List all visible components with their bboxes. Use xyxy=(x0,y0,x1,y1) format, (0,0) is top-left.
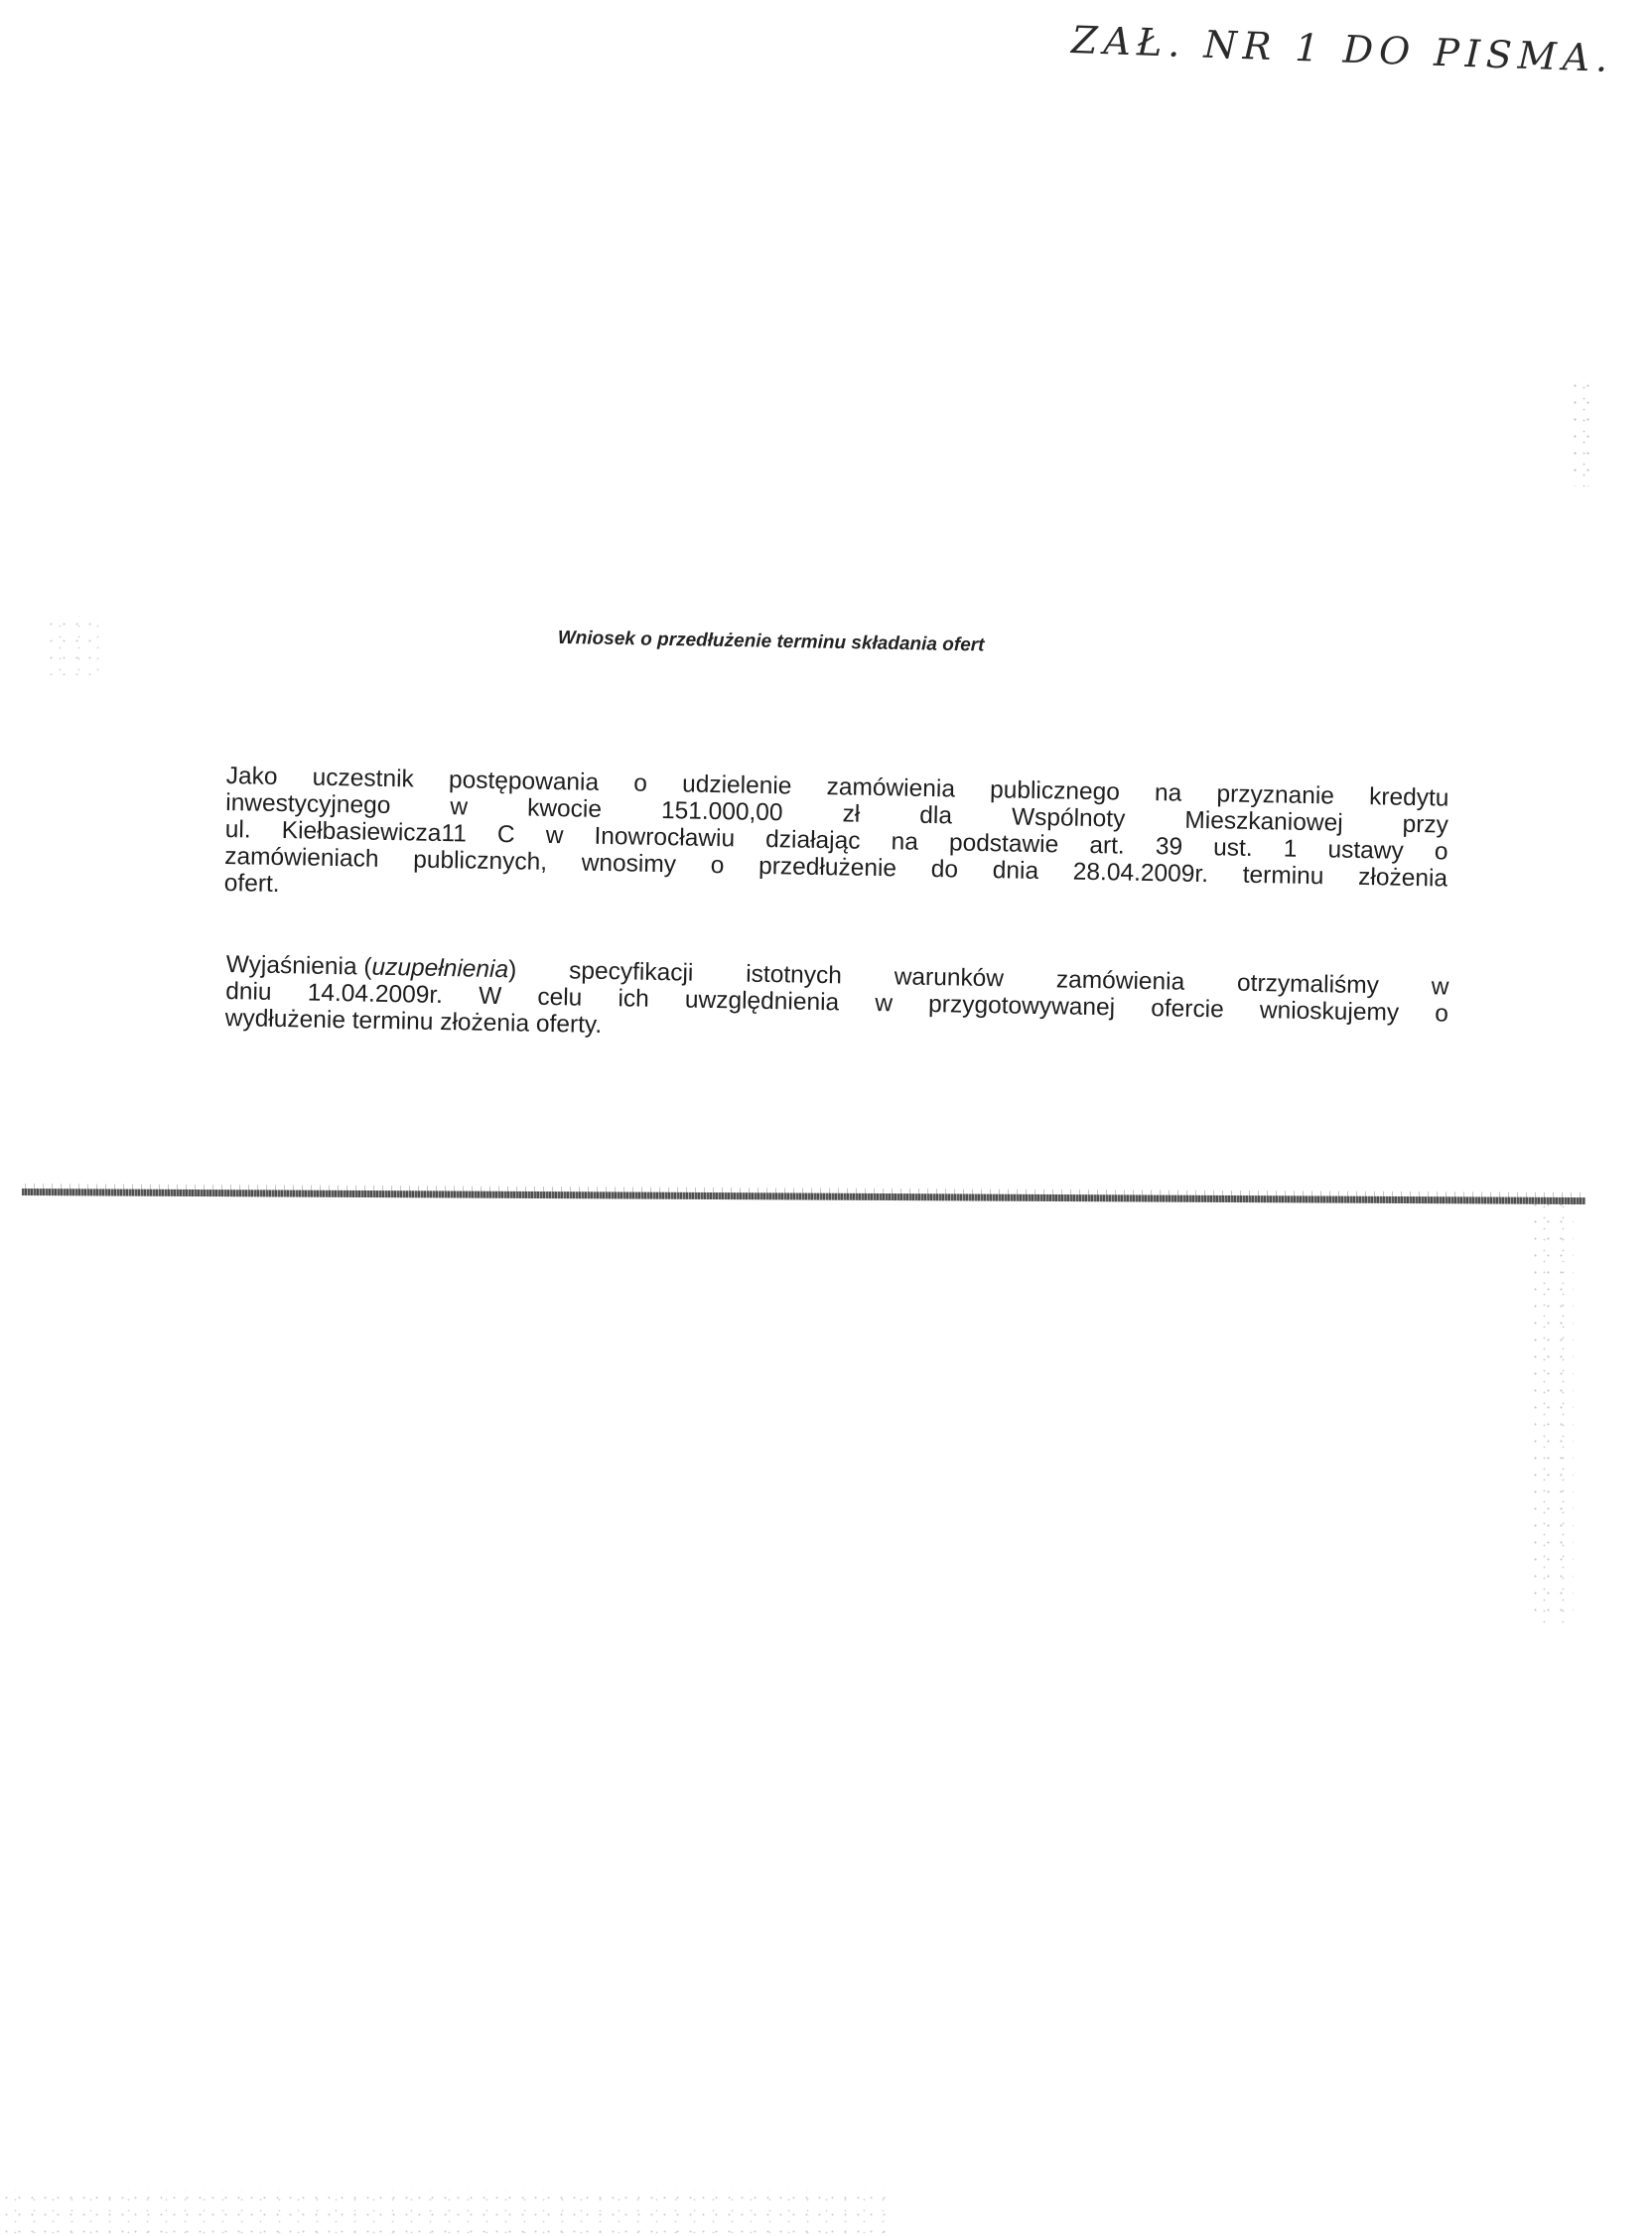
word: złożenia xyxy=(1358,864,1447,893)
word: 151.000,00 xyxy=(661,797,783,826)
word: terminu xyxy=(1243,862,1324,890)
word: celu xyxy=(537,984,582,1012)
word: 1 xyxy=(1284,836,1298,863)
word: warunków xyxy=(894,963,1004,992)
word: uczestnik xyxy=(312,765,414,793)
scan-artifact xyxy=(179,604,182,683)
word: na xyxy=(891,828,918,855)
word: o xyxy=(711,852,725,879)
word: ul. xyxy=(225,816,251,843)
scan-artifact xyxy=(1569,377,1590,487)
word: przygotowywanej xyxy=(928,991,1115,1021)
document-title: Wniosek o przedłużenie terminu składania… xyxy=(558,628,985,656)
word: o xyxy=(1435,1000,1448,1027)
word: 28.04.2009r. xyxy=(1073,859,1209,888)
paragraph-justification: Wyjaśnienia (uzupełnienia) specyfikacjii… xyxy=(225,951,1449,1054)
word: przyznanie xyxy=(1216,780,1334,809)
word: w xyxy=(875,990,893,1017)
word: wnioskujemy xyxy=(1260,997,1400,1027)
word: kwocie xyxy=(527,795,602,823)
horizontal-rule xyxy=(22,1188,1585,1204)
emphasis-text: uzupełnienia xyxy=(371,954,508,984)
word: publicznych, xyxy=(413,846,547,875)
word: 14.04.2009r. xyxy=(307,980,443,1009)
word: przedłużenie xyxy=(758,853,896,883)
word: 39 xyxy=(1156,833,1183,860)
handwritten-attachment-note: ZAŁ. NR 1 DO PISMA. xyxy=(1070,18,1614,80)
word: na xyxy=(1155,779,1182,806)
word: istotnych xyxy=(746,961,842,990)
word: w xyxy=(545,822,563,849)
word: postępowania xyxy=(449,767,600,796)
word: działając xyxy=(765,826,861,855)
paragraph-request: Jakouczestnikpostępowaniaoudzieleniezamó… xyxy=(224,763,1449,919)
scan-artifact xyxy=(0,2189,894,2236)
word: podstawie xyxy=(949,829,1059,858)
word: dla xyxy=(919,802,952,830)
word: uwzględnienia xyxy=(685,986,840,1016)
word: zamówienia xyxy=(826,773,955,802)
word: w xyxy=(1432,973,1449,1000)
word: Jako xyxy=(226,763,278,790)
word: zł xyxy=(842,800,860,827)
word: specyfikacji xyxy=(569,957,694,986)
word: otrzymaliśmy xyxy=(1237,970,1379,1000)
word: dnia xyxy=(993,857,1039,885)
word: wnosimy xyxy=(582,850,677,879)
word: dniu xyxy=(225,978,272,1006)
word: Inowrocławiu xyxy=(594,823,735,853)
word: ustawy xyxy=(1327,836,1404,864)
word: do xyxy=(931,856,959,883)
word: ofercie xyxy=(1151,995,1224,1023)
scan-artifact xyxy=(45,616,99,675)
scanned-page: ZAŁ. NR 1 DO PISMA. Wniosek o przedłużen… xyxy=(0,0,1652,2236)
word: Mieszkaniowej xyxy=(1184,807,1343,837)
word: Kiełbasiewicza11 xyxy=(281,817,467,847)
word: zamówieniach xyxy=(224,843,379,873)
word: Wspólnoty xyxy=(1012,804,1126,833)
word: art. xyxy=(1089,832,1125,860)
text-prefix: Wyjaśnienia ( xyxy=(226,951,372,981)
word: C xyxy=(497,821,515,848)
word: W xyxy=(479,983,502,1010)
word: przy xyxy=(1402,811,1448,839)
word: inwestycyjnego xyxy=(225,789,391,819)
word: ust. xyxy=(1213,834,1253,862)
word: udzielenie xyxy=(682,770,792,799)
word: ich xyxy=(618,985,649,1013)
word: o xyxy=(633,770,647,797)
word: publicznego xyxy=(990,776,1120,805)
word: kredytu xyxy=(1369,783,1449,811)
word: w xyxy=(450,793,468,820)
text-suffix-start: ) xyxy=(508,956,517,983)
scan-artifact xyxy=(1529,1196,1574,1623)
word: o xyxy=(1435,838,1448,865)
word: zamówienia xyxy=(1056,966,1185,995)
